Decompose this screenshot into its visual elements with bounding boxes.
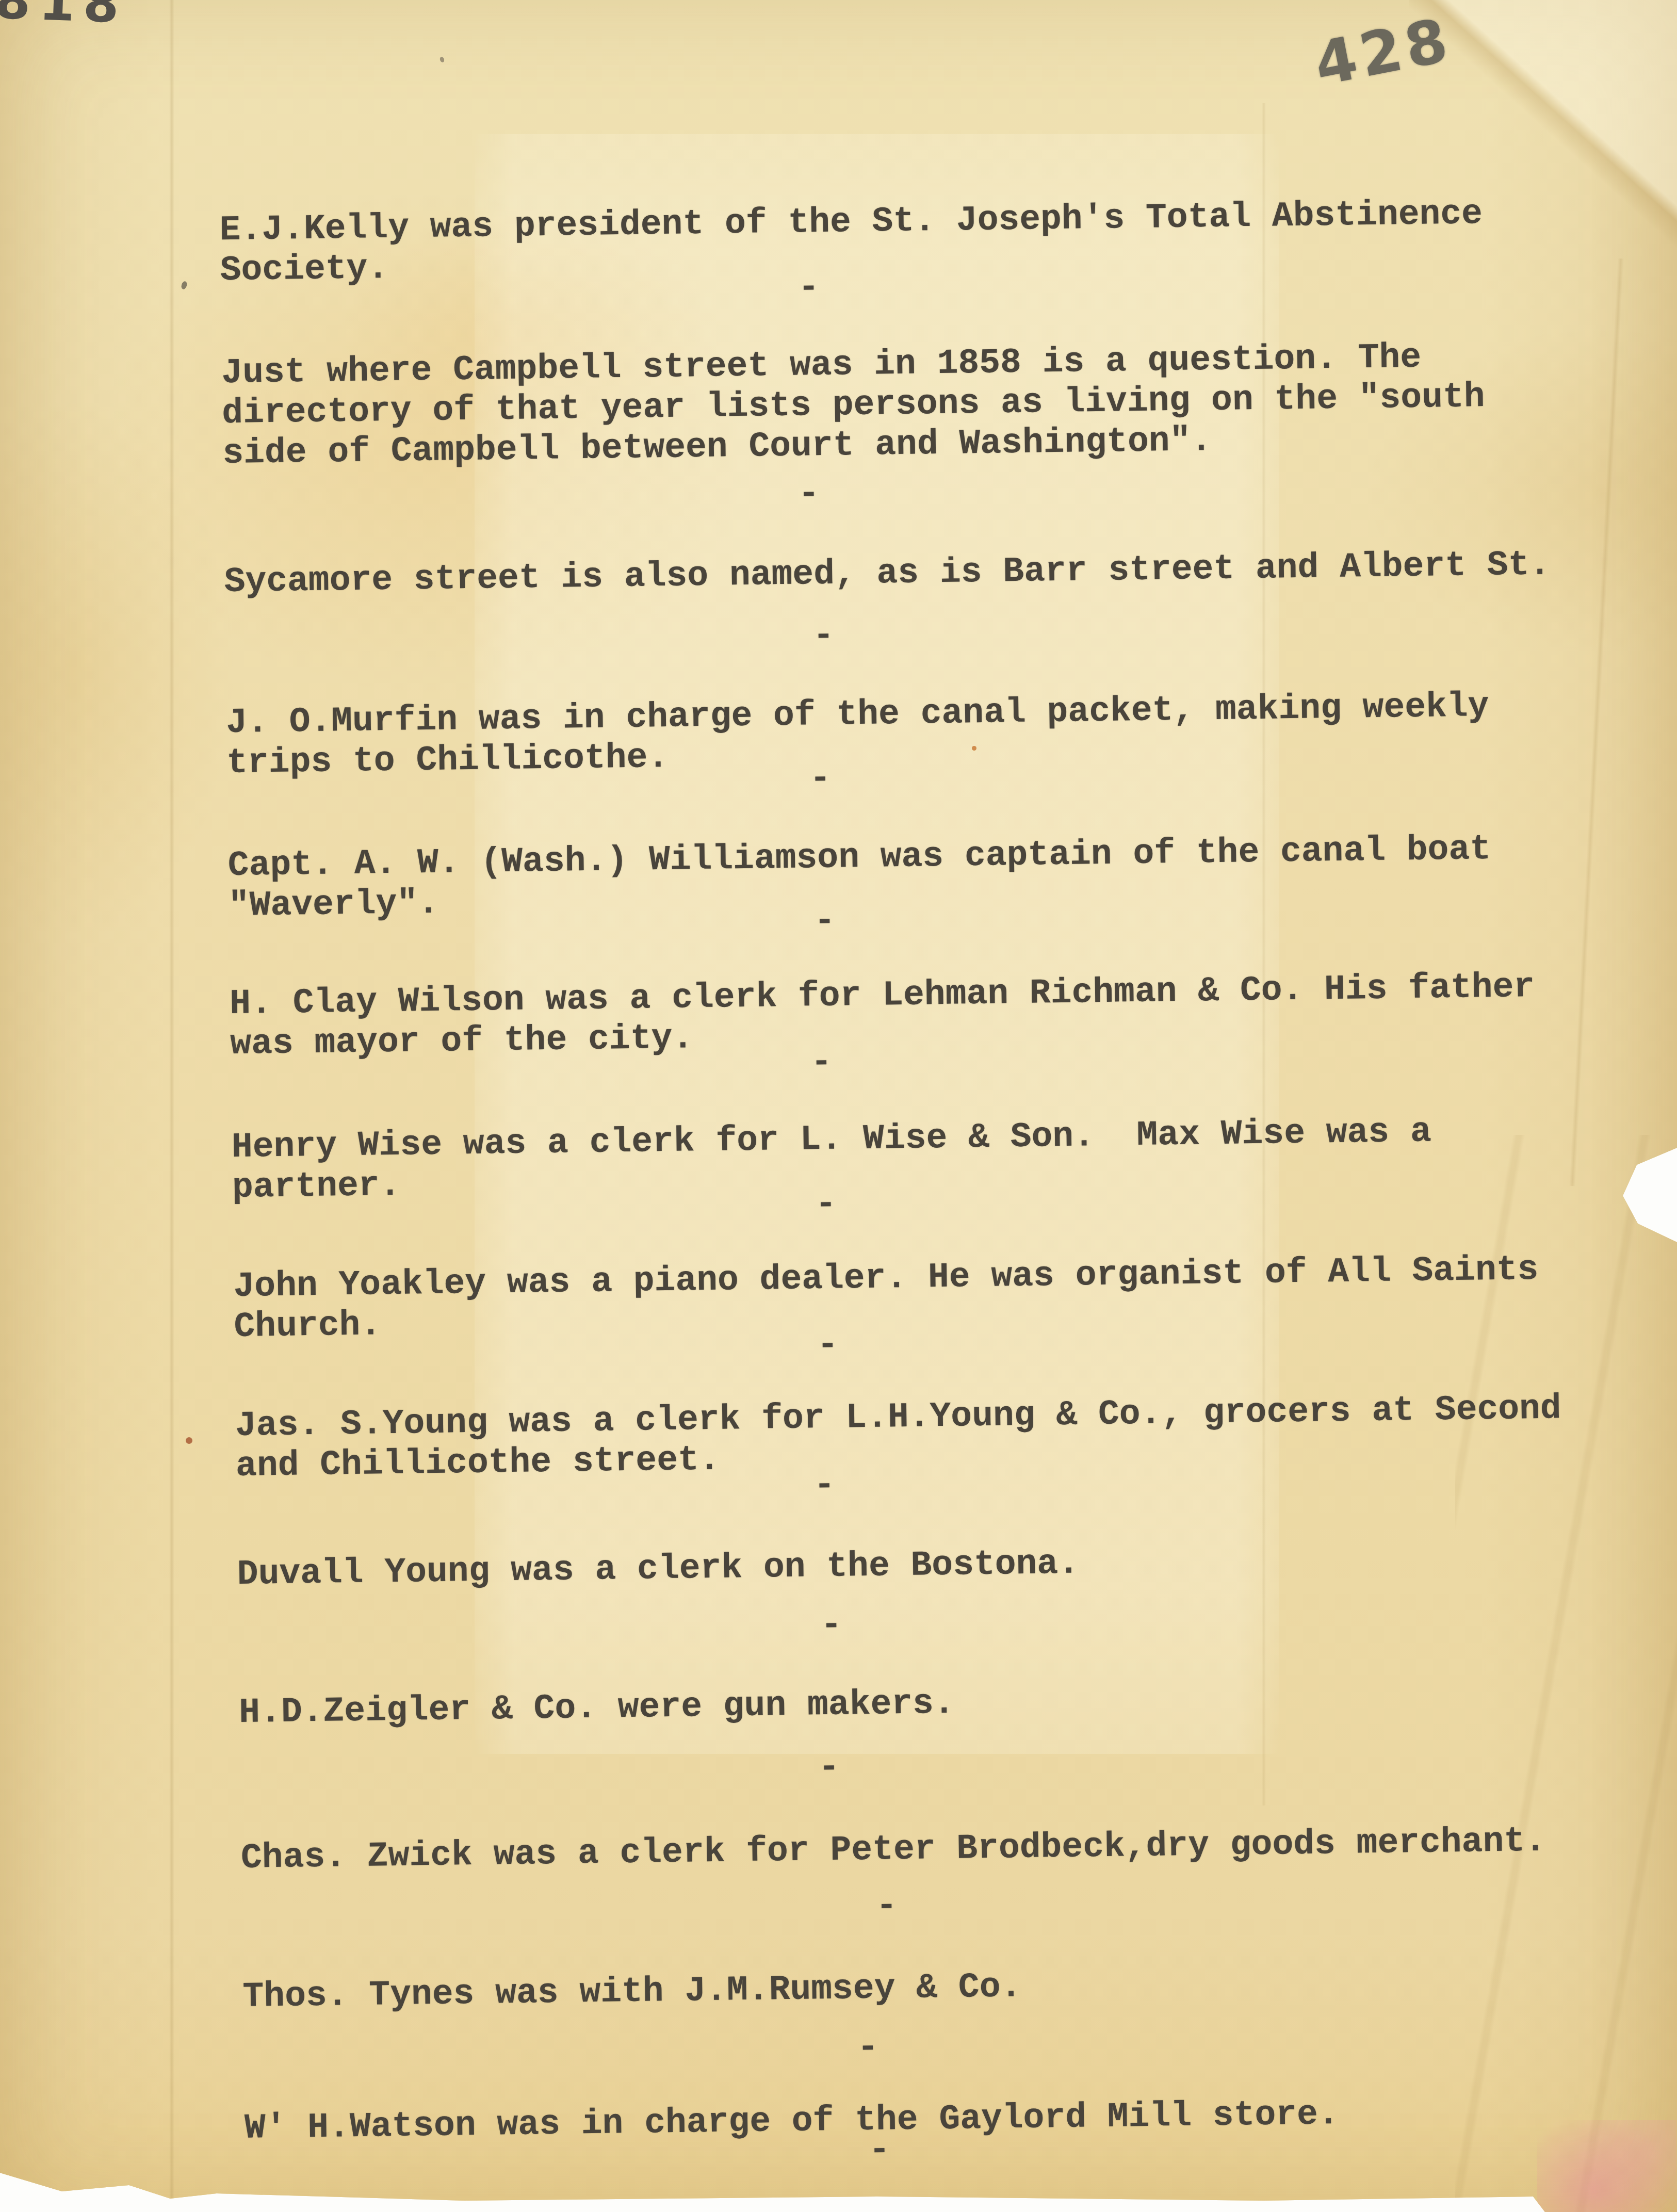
paragraph-separator-dash: - bbox=[798, 270, 820, 306]
paragraph-separator-dash: - bbox=[815, 1187, 837, 1223]
typed-line: Chas. Zwick was a clerk for Peter Brodbe… bbox=[241, 1821, 1546, 1879]
typed-line: Duvall Young was a clerk on the Bostona. bbox=[237, 1544, 1079, 1595]
paragraph-separator-dash: - bbox=[876, 1889, 898, 1924]
paragraph-separator-dash: - bbox=[817, 1328, 839, 1363]
typed-paragraph: E.J.Kelly was president of the St. Josep… bbox=[219, 194, 1483, 291]
typed-paragraph: Sycamore street is also named, as is Bar… bbox=[224, 545, 1551, 603]
paragraph-separator-dash: - bbox=[818, 1750, 840, 1786]
paragraph-separator-dash: - bbox=[813, 1468, 835, 1504]
paragraph-separator-dash: - bbox=[869, 2133, 890, 2168]
typed-paragraph: Thos. Tynes was with J.M.Rumsey & Co. bbox=[242, 1967, 1022, 2018]
paragraph-separator-dash: - bbox=[811, 1045, 833, 1081]
paragraph-separator-dash: - bbox=[821, 1608, 842, 1644]
typed-paragraph: W' H.Watson was in charge of the Gaylord… bbox=[244, 2094, 1339, 2149]
typed-paragraph: Jas. S.Young was a clerk for L.H.Young &… bbox=[235, 1389, 1562, 1487]
typed-paragraph: Chas. Zwick was a clerk for Peter Brodbe… bbox=[241, 1821, 1546, 1879]
typed-line: Thos. Tynes was with J.M.Rumsey & Co. bbox=[242, 1967, 1022, 2018]
typed-paragraph: J. O.Murfin was in charge of the canal p… bbox=[226, 687, 1490, 784]
document-page: 818 428 E.J.Kelly was president of the S… bbox=[0, 0, 1677, 2212]
paragraph-separator-dash: - bbox=[798, 477, 820, 512]
typed-paragraph: John Yoakley was a piano dealer. He was … bbox=[233, 1250, 1539, 1347]
typed-line: Sycamore street is also named, as is Bar… bbox=[224, 545, 1551, 603]
typed-paragraph: H. Clay Wilson was a clerk for Lehman Ri… bbox=[230, 967, 1536, 1065]
typed-paragraph: H.D.Zeigler & Co. were gun makers. bbox=[239, 1684, 955, 1733]
typed-line: H.D.Zeigler & Co. were gun makers. bbox=[239, 1684, 955, 1733]
typed-paragraph: Just where Campbell street was in 1858 i… bbox=[221, 337, 1486, 474]
typed-paragraph: Duvall Young was a clerk on the Bostona. bbox=[237, 1544, 1079, 1595]
typed-text-layer: E.J.Kelly was president of the St. Josep… bbox=[0, 0, 1677, 2212]
paragraph-separator-dash: - bbox=[813, 619, 835, 654]
scan-background: 818 428 E.J.Kelly was president of the S… bbox=[0, 0, 1677, 2212]
typed-paragraph: Capt. A. W. (Wash.) Williamson was capta… bbox=[227, 829, 1491, 926]
paragraph-separator-dash: - bbox=[809, 761, 831, 797]
typed-line: W' H.Watson was in charge of the Gaylord… bbox=[244, 2094, 1339, 2149]
paragraph-separator-dash: - bbox=[814, 904, 836, 939]
paragraph-separator-dash: - bbox=[857, 2030, 879, 2066]
